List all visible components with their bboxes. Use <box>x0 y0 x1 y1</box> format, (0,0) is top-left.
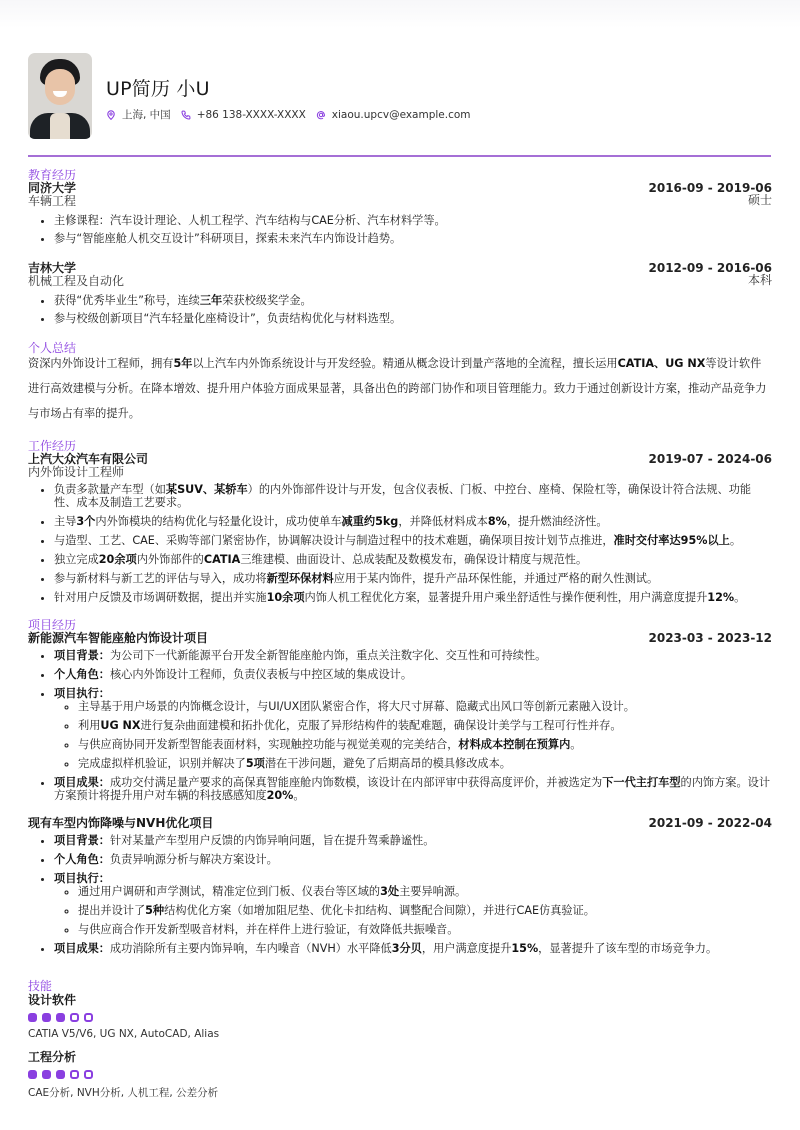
at-sign-icon <box>316 110 326 120</box>
list-item: 项目成果：成功交付满足量产要求的高保真智能座舱内饰数模，该设计在内部评审中获得高… <box>54 776 772 802</box>
project-date: 2023-03 - 2023-12 <box>649 632 773 645</box>
project-entry: 新能源汽车智能座舱内饰设计项目 2023-03 - 2023-12 项目背景：为… <box>28 632 772 802</box>
list-item: 主修课程：汽车设计理论、人机工程学、汽车结构与CAE分析、汽车材料学等。 <box>54 214 772 227</box>
skill-level <box>28 1013 772 1022</box>
list-item: 完成虚拟样机验证，识别并解决了5项潜在干涉问题，避免了后期高昂的模具修改成本。 <box>78 757 772 770</box>
list-item: 利用UG NX进行复杂曲面建模和拓扑优化，克服了异形结构件的装配难题，确保设计美… <box>78 719 772 732</box>
skill-details: CATIA V5/V6, UG NX, AutoCAD, Alias <box>28 1028 772 1040</box>
level-dot-filled <box>28 1070 37 1079</box>
list-item: 参与新材料与新工艺的评估与导入，成功将新型环保材料应用于某内饰件，提升产品环保性… <box>54 572 772 585</box>
phone-text: +86 138-XXXX-XXXX <box>197 109 306 121</box>
project-date: 2021-09 - 2022-04 <box>649 817 773 830</box>
work-section: 工作经历 上汽大众汽车有限公司 2019-07 - 2024-06 内外饰设计工… <box>28 439 772 604</box>
job-title: 内外饰设计工程师 <box>28 466 772 479</box>
skill-entry: 设计软件 CATIA V5/V6, UG NX, AutoCAD, Alias <box>28 993 772 1040</box>
major: 车辆工程 <box>28 195 76 208</box>
resume-header: UP简历 小U 上海, 中国 +86 138-XXXX-XXXX xiaou.u… <box>28 53 772 139</box>
resume-page: UP简历 小U 上海, 中国 +86 138-XXXX-XXXX xiaou.u… <box>28 53 772 1100</box>
education-entry: 吉林大学 2012-09 - 2016-06 机械工程及自动化 本科 获得“优秀… <box>28 262 772 325</box>
summary-text: 资深内外饰设计工程师，拥有5年以上汽车内外饰系统设计与开发经验。精通从概念设计到… <box>28 351 772 426</box>
list-item: 项目执行： 主导基于用户场景的内饰概念设计，与UI/UX团队紧密合作，将大尺寸屏… <box>54 687 772 770</box>
list-item: 项目背景：为公司下一代新能源平台开发全新智能座舱内饰，重点关注数字化、交互性和可… <box>54 649 772 662</box>
level-dot-empty <box>84 1070 93 1079</box>
degree: 本科 <box>748 275 772 288</box>
list-item: 项目执行： 通过用户调研和声学测试，精准定位到门板、仪表台等区域的3处主要异响源… <box>54 872 772 936</box>
degree: 硕士 <box>748 195 772 208</box>
list-item: 主导基于用户场景的内饰概念设计，与UI/UX团队紧密合作，将大尺寸屏幕、隐藏式出… <box>78 700 772 713</box>
level-dot-empty <box>70 1070 79 1079</box>
phone-icon <box>181 110 191 120</box>
education-entry: 同济大学 2016-09 - 2019-06 车辆工程 硕士 主修课程：汽车设计… <box>28 182 772 245</box>
contact-email[interactable]: xiaou.upcv@example.com <box>316 109 471 121</box>
level-dot-filled <box>42 1070 51 1079</box>
contact-phone[interactable]: +86 138-XXXX-XXXX <box>181 109 306 121</box>
top-band <box>0 0 800 28</box>
list-item: 项目背景：针对某量产车型用户反馈的内饰异响问题，旨在提升驾乘静谧性。 <box>54 834 772 847</box>
list-item: 项目成果：成功消除所有主要内饰异响，车内噪音（NVH）水平降低3分贝，用户满意度… <box>54 942 772 955</box>
list-item: 个人角色：负责异响源分析与解决方案设计。 <box>54 853 772 866</box>
location-text: 上海, 中国 <box>122 107 171 122</box>
projects-section: 项目经历 新能源汽车智能座舱内饰设计项目 2023-03 - 2023-12 项… <box>28 618 772 955</box>
project-name: 现有车型内饰降噪与NVH优化项目 <box>28 817 213 830</box>
contact-location: 上海, 中国 <box>106 107 171 122</box>
list-item: 参与校级创新项目“汽车轻量化座椅设计”，负责结构优化与材料选型。 <box>54 312 772 325</box>
list-item: 独立完成20余项内外饰部件的CATIA三维建模、曲面设计、总成装配及数模发布，确… <box>54 553 772 566</box>
skills-section: 技能 设计软件 CATIA V5/V6, UG NX, AutoCAD, Ali… <box>28 979 772 1100</box>
skill-name: 设计软件 <box>28 993 772 1007</box>
section-title: 技能 <box>28 979 772 993</box>
candidate-name: UP简历 小U <box>106 74 481 101</box>
section-title: 工作经历 <box>28 439 772 453</box>
level-dot-filled <box>28 1013 37 1022</box>
level-dot-empty <box>84 1013 93 1022</box>
level-dot-filled <box>56 1013 65 1022</box>
list-item: 负责多款量产车型（如某SUV、某轿车）的内外饰部件设计与开发，包含仪表板、门板、… <box>54 483 772 509</box>
level-dot-filled <box>56 1070 65 1079</box>
skill-name: 工程分析 <box>28 1050 772 1064</box>
project-entry: 现有车型内饰降噪与NVH优化项目 2021-09 - 2022-04 项目背景：… <box>28 817 772 955</box>
header-divider <box>28 155 771 157</box>
major: 机械工程及自动化 <box>28 275 124 288</box>
list-item: 参与“智能座舱人机交互设计”科研项目，探索未来汽车内饰设计趋势。 <box>54 232 772 245</box>
education-section: 教育经历 同济大学 2016-09 - 2019-06 车辆工程 硕士 主修课程… <box>28 168 772 325</box>
work-entry: 上汽大众汽车有限公司 2019-07 - 2024-06 内外饰设计工程师 负责… <box>28 453 772 604</box>
summary-section: 个人总结 资深内外饰设计工程师，拥有5年以上汽车内外饰系统设计与开发经验。精通从… <box>28 341 772 426</box>
level-dot-empty <box>70 1013 79 1022</box>
project-name: 新能源汽车智能座舱内饰设计项目 <box>28 632 208 645</box>
list-item: 与供应商合作开发新型吸音材料，并在样件上进行验证，有效降低共振噪音。 <box>78 923 772 936</box>
list-item: 个人角色：核心内外饰设计工程师，负责仪表板与中控区域的集成设计。 <box>54 668 772 681</box>
list-item: 与供应商协同开发新型智能表面材料，实现触控功能与视觉美观的完美结合，材料成本控制… <box>78 738 772 751</box>
skill-entry: 工程分析 CAE分析, NVH分析, 人机工程, 公差分析 <box>28 1050 772 1100</box>
section-title: 项目经历 <box>28 618 772 632</box>
map-pin-icon <box>106 110 116 120</box>
list-item: 获得“优秀毕业生”称号，连续三年荣获校级奖学金。 <box>54 294 772 307</box>
email-text: xiaou.upcv@example.com <box>332 109 471 121</box>
skill-level <box>28 1070 772 1079</box>
work-date: 2019-07 - 2024-06 <box>649 453 773 466</box>
list-item: 针对用户反馈及市场调研数据，提出并实施10余项内饰人机工程优化方案，显著提升用户… <box>54 591 772 604</box>
list-item: 通过用户调研和声学测试，精准定位到门板、仪表台等区域的3处主要异响源。 <box>78 885 772 898</box>
contact-info: 上海, 中国 +86 138-XXXX-XXXX xiaou.upcv@exam… <box>106 107 481 122</box>
section-title: 教育经历 <box>28 168 772 182</box>
skill-details: CAE分析, NVH分析, 人机工程, 公差分析 <box>28 1085 772 1100</box>
list-item: 主导3个内外饰模块的结构优化与轻量化设计，成功使单车减重约5kg，并降低材料成本… <box>54 515 772 528</box>
list-item: 提出并设计了5种结构优化方案（如增加阻尼垫、优化卡扣结构、调整配合间隙），并进行… <box>78 904 772 917</box>
list-item: 与造型、工艺、CAE、采购等部门紧密协作，协调解决设计与制造过程中的技术难题，确… <box>54 534 772 547</box>
avatar <box>28 53 92 139</box>
level-dot-filled <box>42 1013 51 1022</box>
